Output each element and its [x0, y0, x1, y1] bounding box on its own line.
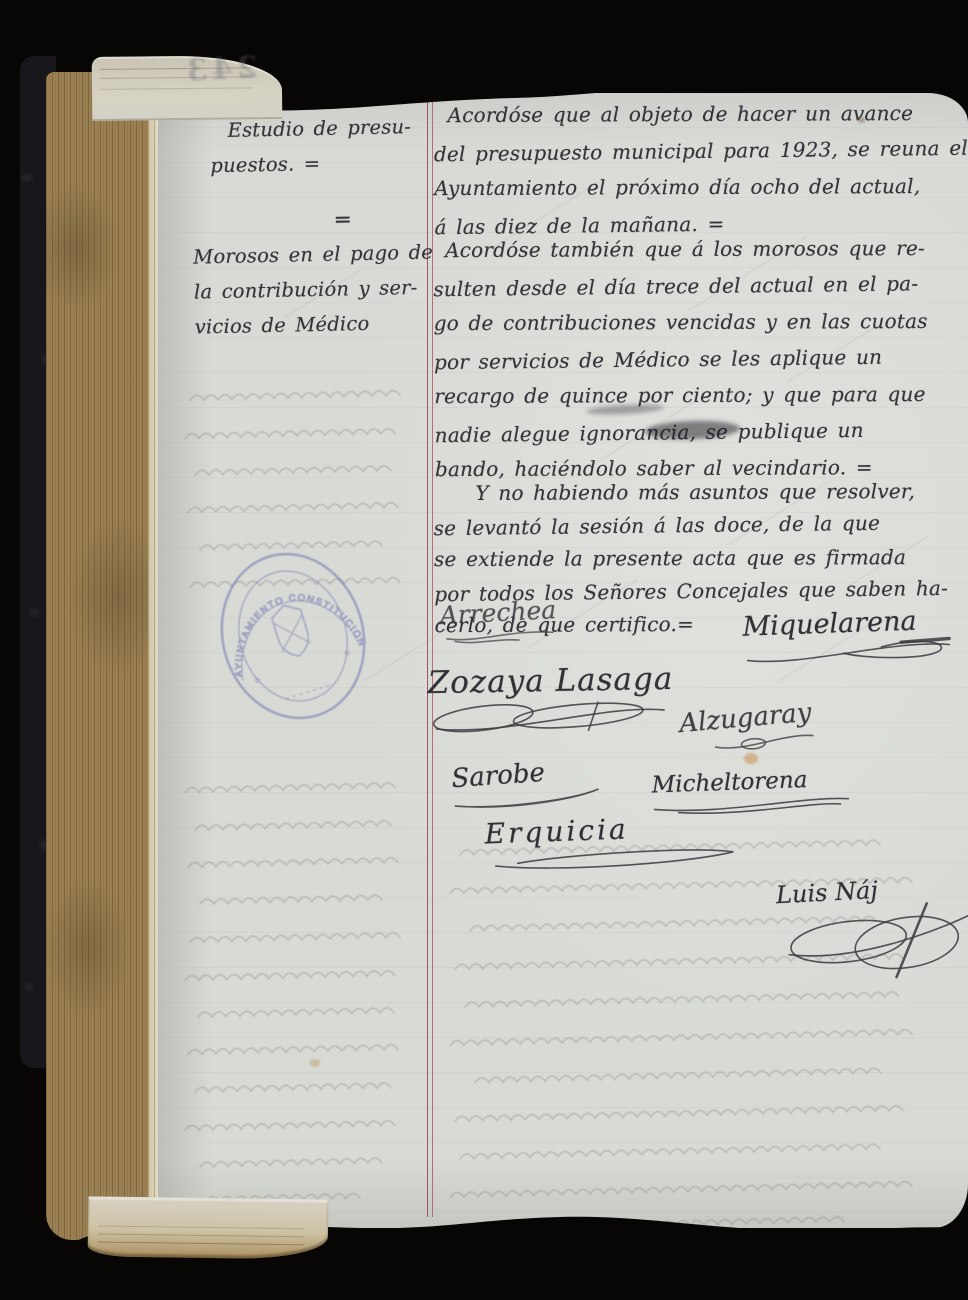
bleedthrough-line	[448, 1025, 923, 1056]
body-line: Acordóse también que á los morosos que r…	[433, 230, 961, 269]
signature-name: Zozaya Lasaga	[427, 661, 673, 701]
bleedthrough-line	[186, 853, 406, 877]
body-line: por servicios de Médico se les aplique u…	[434, 337, 962, 380]
body-line: del presupuesto municipal para 1923, se …	[434, 129, 962, 172]
bleedthrough-line	[196, 1004, 396, 1028]
manuscript-page: Estudio de presu- puestos. = = Morosos e…	[158, 93, 968, 1228]
bleedthrough-line	[186, 498, 406, 522]
paragraph-surcharge: Acordóse también que á los morosos que r…	[433, 229, 963, 489]
signature-rubric	[428, 697, 669, 741]
bleedthrough-line	[198, 1154, 388, 1178]
margin-note-line: Morosos en el pago de	[193, 234, 439, 274]
signature-name: Micheltorena	[651, 767, 808, 798]
bleedthrough-line	[193, 816, 403, 840]
body-line: Ayuntamiento el próximo día ocho del act…	[434, 168, 962, 207]
signature-alzugaray: Alzugaray	[678, 697, 822, 757]
signature-name: Luis Náj	[775, 876, 878, 909]
body-line: se extiende la presente acta que es firm…	[434, 541, 962, 576]
signature-miquelarena: Miquelarena	[742, 604, 956, 668]
municipal-oval-stamp: AYUNTAMIENTO CONSTITUCIONAL	[194, 529, 393, 742]
margin-note-line: vicios de Médico	[194, 304, 440, 344]
body-line: Y no habiendo más asuntos que resolver,	[433, 475, 961, 510]
signature-luis-naj: Luis Náj	[775, 871, 968, 987]
foxing-spot	[310, 1059, 320, 1067]
bleedthrough-page-number: 243	[182, 50, 258, 89]
bleedthrough-line	[463, 988, 903, 1018]
bleedthrough-line	[186, 1040, 406, 1064]
bleedthrough-line	[183, 778, 408, 802]
bottom-sheet-edges	[88, 1196, 329, 1259]
signature-zozaya-lasaga: Zozaya Lasaga	[427, 661, 674, 741]
bleedthrough-line	[473, 1064, 883, 1093]
bleedthrough-line	[183, 1116, 405, 1140]
bleedthrough-line	[458, 1140, 888, 1170]
signature-sarobe: Sarobe	[451, 754, 604, 812]
margin-note-line: la contribución y ser-	[194, 269, 440, 309]
section-divider-mark: =	[333, 206, 352, 234]
page-edges-stack	[46, 72, 148, 1240]
foxing-spot	[744, 753, 758, 764]
signature-name: Arrechea	[439, 595, 557, 630]
bleedthrough-line	[193, 1078, 403, 1102]
bleedthrough-line	[183, 424, 408, 448]
bleedthrough-line	[193, 461, 398, 485]
bleedthrough-line	[183, 966, 408, 990]
signature-rubric	[777, 899, 968, 987]
margin-note-debtors: Morosos en el pago de la contribución y …	[193, 234, 440, 344]
signature-name: Miquelarena	[742, 606, 917, 643]
signature-name: Erquicia	[484, 812, 629, 850]
signature-arrechea: Arrechea	[439, 595, 561, 646]
bleedthrough-line	[188, 928, 406, 952]
body-line: go de contribuciones vencidas y en las c…	[434, 303, 962, 342]
body-line: sulten desde el día trece del actual en …	[433, 264, 961, 307]
scanned-book-photo: 243 Estudio de presu- puestos. = = Moros…	[0, 0, 968, 1300]
bleedthrough-line	[188, 386, 403, 410]
signature-erquicia: Erquicia	[484, 809, 742, 875]
photo-edge-top	[174, 0, 968, 120]
bleedthrough-line	[198, 891, 393, 915]
margin-note-line: puestos. =	[210, 144, 431, 184]
body-line: se levantó la sesión á las doce, de la q…	[434, 506, 962, 545]
bleedthrough-line	[453, 1101, 908, 1131]
body-line: recargo de quince por ciento; y que para…	[434, 376, 962, 415]
